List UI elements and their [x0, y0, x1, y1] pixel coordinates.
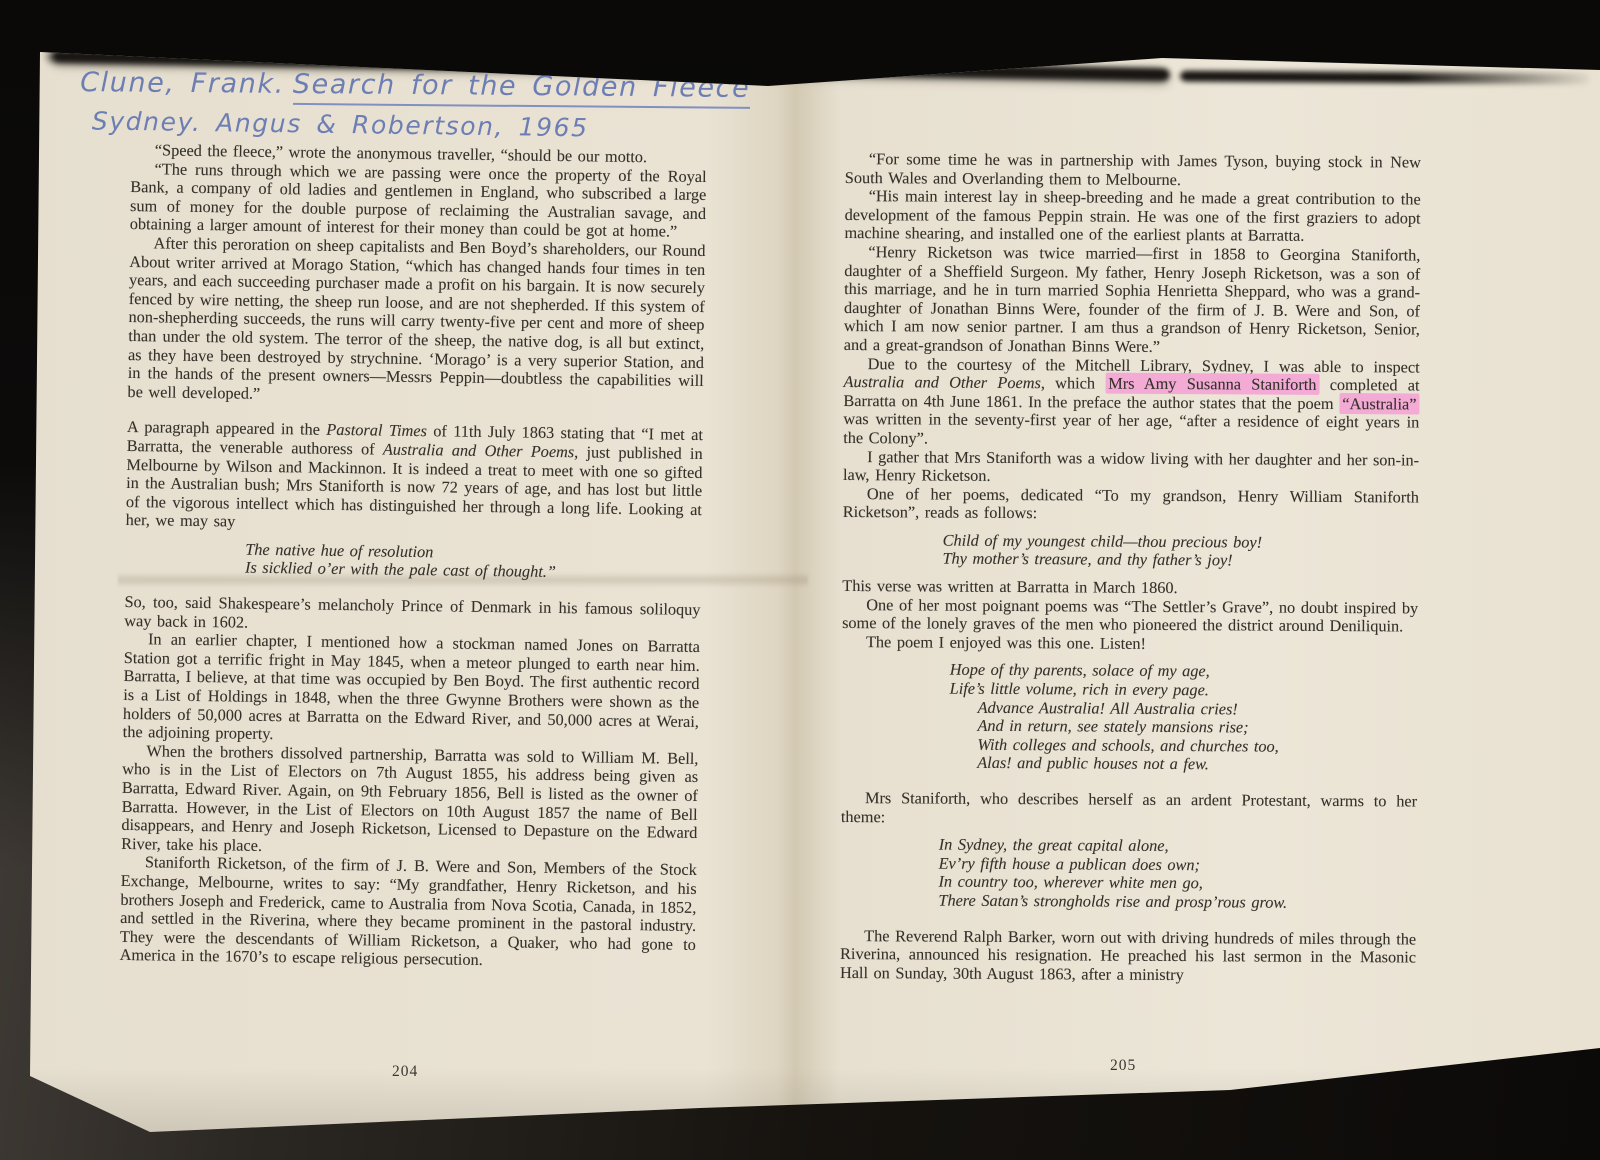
photocopy-edge-artifact-right — [1180, 71, 1590, 85]
handwritten-author: Clune, Frank. — [80, 67, 285, 100]
paragraph: Mrs Staniforth, who describes herself as… — [841, 789, 1417, 830]
photocopied-book-spread: Clune, Frank.Search for the Golden Fleec… — [0, 0, 1600, 1160]
book-page-right-text: “For some time he was in partnership wit… — [840, 150, 1421, 986]
pink-highlight: “Australia” — [1339, 393, 1419, 414]
paragraph: Due to the courtesy of the Mitchell Libr… — [843, 355, 1420, 451]
handwritten-citation-line1: Clune, Frank.Search for the Golden Fleec… — [80, 67, 750, 104]
paragraph: “For some time he was in partnership wit… — [845, 150, 1421, 191]
paragraph: When the brothers dissolved partnership,… — [121, 742, 699, 862]
page-number-left: 204 — [392, 1063, 418, 1081]
poem-line: Alas! and public houses not a few. — [977, 754, 1417, 775]
handwritten-imprint: Sydney. Angus & Robertson, 1965 — [92, 106, 750, 144]
photo-background: Clune, Frank.Search for the Golden Fleec… — [0, 0, 1600, 1160]
poem: The native hue of resolutionIs sicklied … — [245, 541, 701, 585]
paragraph: A paragraph appeared in the Pastoral Tim… — [126, 418, 704, 538]
poem: Hope of thy parents, solace of my age,Li… — [949, 661, 1418, 775]
book-page-left-text: “Speed the fleece,” wrote the anonymous … — [119, 141, 706, 973]
paragraph: One of her most poignant poems was “The … — [842, 596, 1418, 637]
pink-highlight: Mrs Amy Susanna Staniforth — [1105, 373, 1319, 395]
paragraph: I gather that Mrs Staniforth was a widow… — [843, 447, 1419, 488]
poem: In Sydney, the great capital alone,Ev’ry… — [938, 836, 1416, 913]
paragraph: The Reverend Ralph Barker, worn out with… — [840, 927, 1416, 986]
handwritten-citation: Clune, Frank.Search for the Golden Fleec… — [80, 67, 751, 143]
handwritten-title-underlined: Search for the Golden Fleece — [293, 69, 751, 109]
paragraph: The poem I enjoyed was this one. Listen! — [842, 633, 1418, 655]
poem: Child of my youngest child—thou precious… — [942, 531, 1418, 571]
poem-line: There Satan’s strongholds rise and prosp… — [938, 892, 1416, 914]
paragraph: Staniforth Ricketson, of the firm of J. … — [119, 853, 697, 973]
paragraph: “Henry Ricketson was twice married—first… — [844, 243, 1421, 358]
paragraph: “The runs through which we are passing w… — [130, 160, 707, 242]
paragraph: “His main interest lay in sheep-breeding… — [844, 187, 1420, 246]
paragraph: After this peroration on sheep capitalis… — [127, 234, 705, 409]
paragraph: In an earlier chapter, I mentioned how a… — [123, 630, 701, 750]
poem-line: Thy mother’s treasure, and thy father’s … — [942, 550, 1418, 572]
paragraph: One of her poems, dedicated “To my grand… — [843, 485, 1419, 526]
page-number-right: 205 — [1110, 1057, 1136, 1075]
